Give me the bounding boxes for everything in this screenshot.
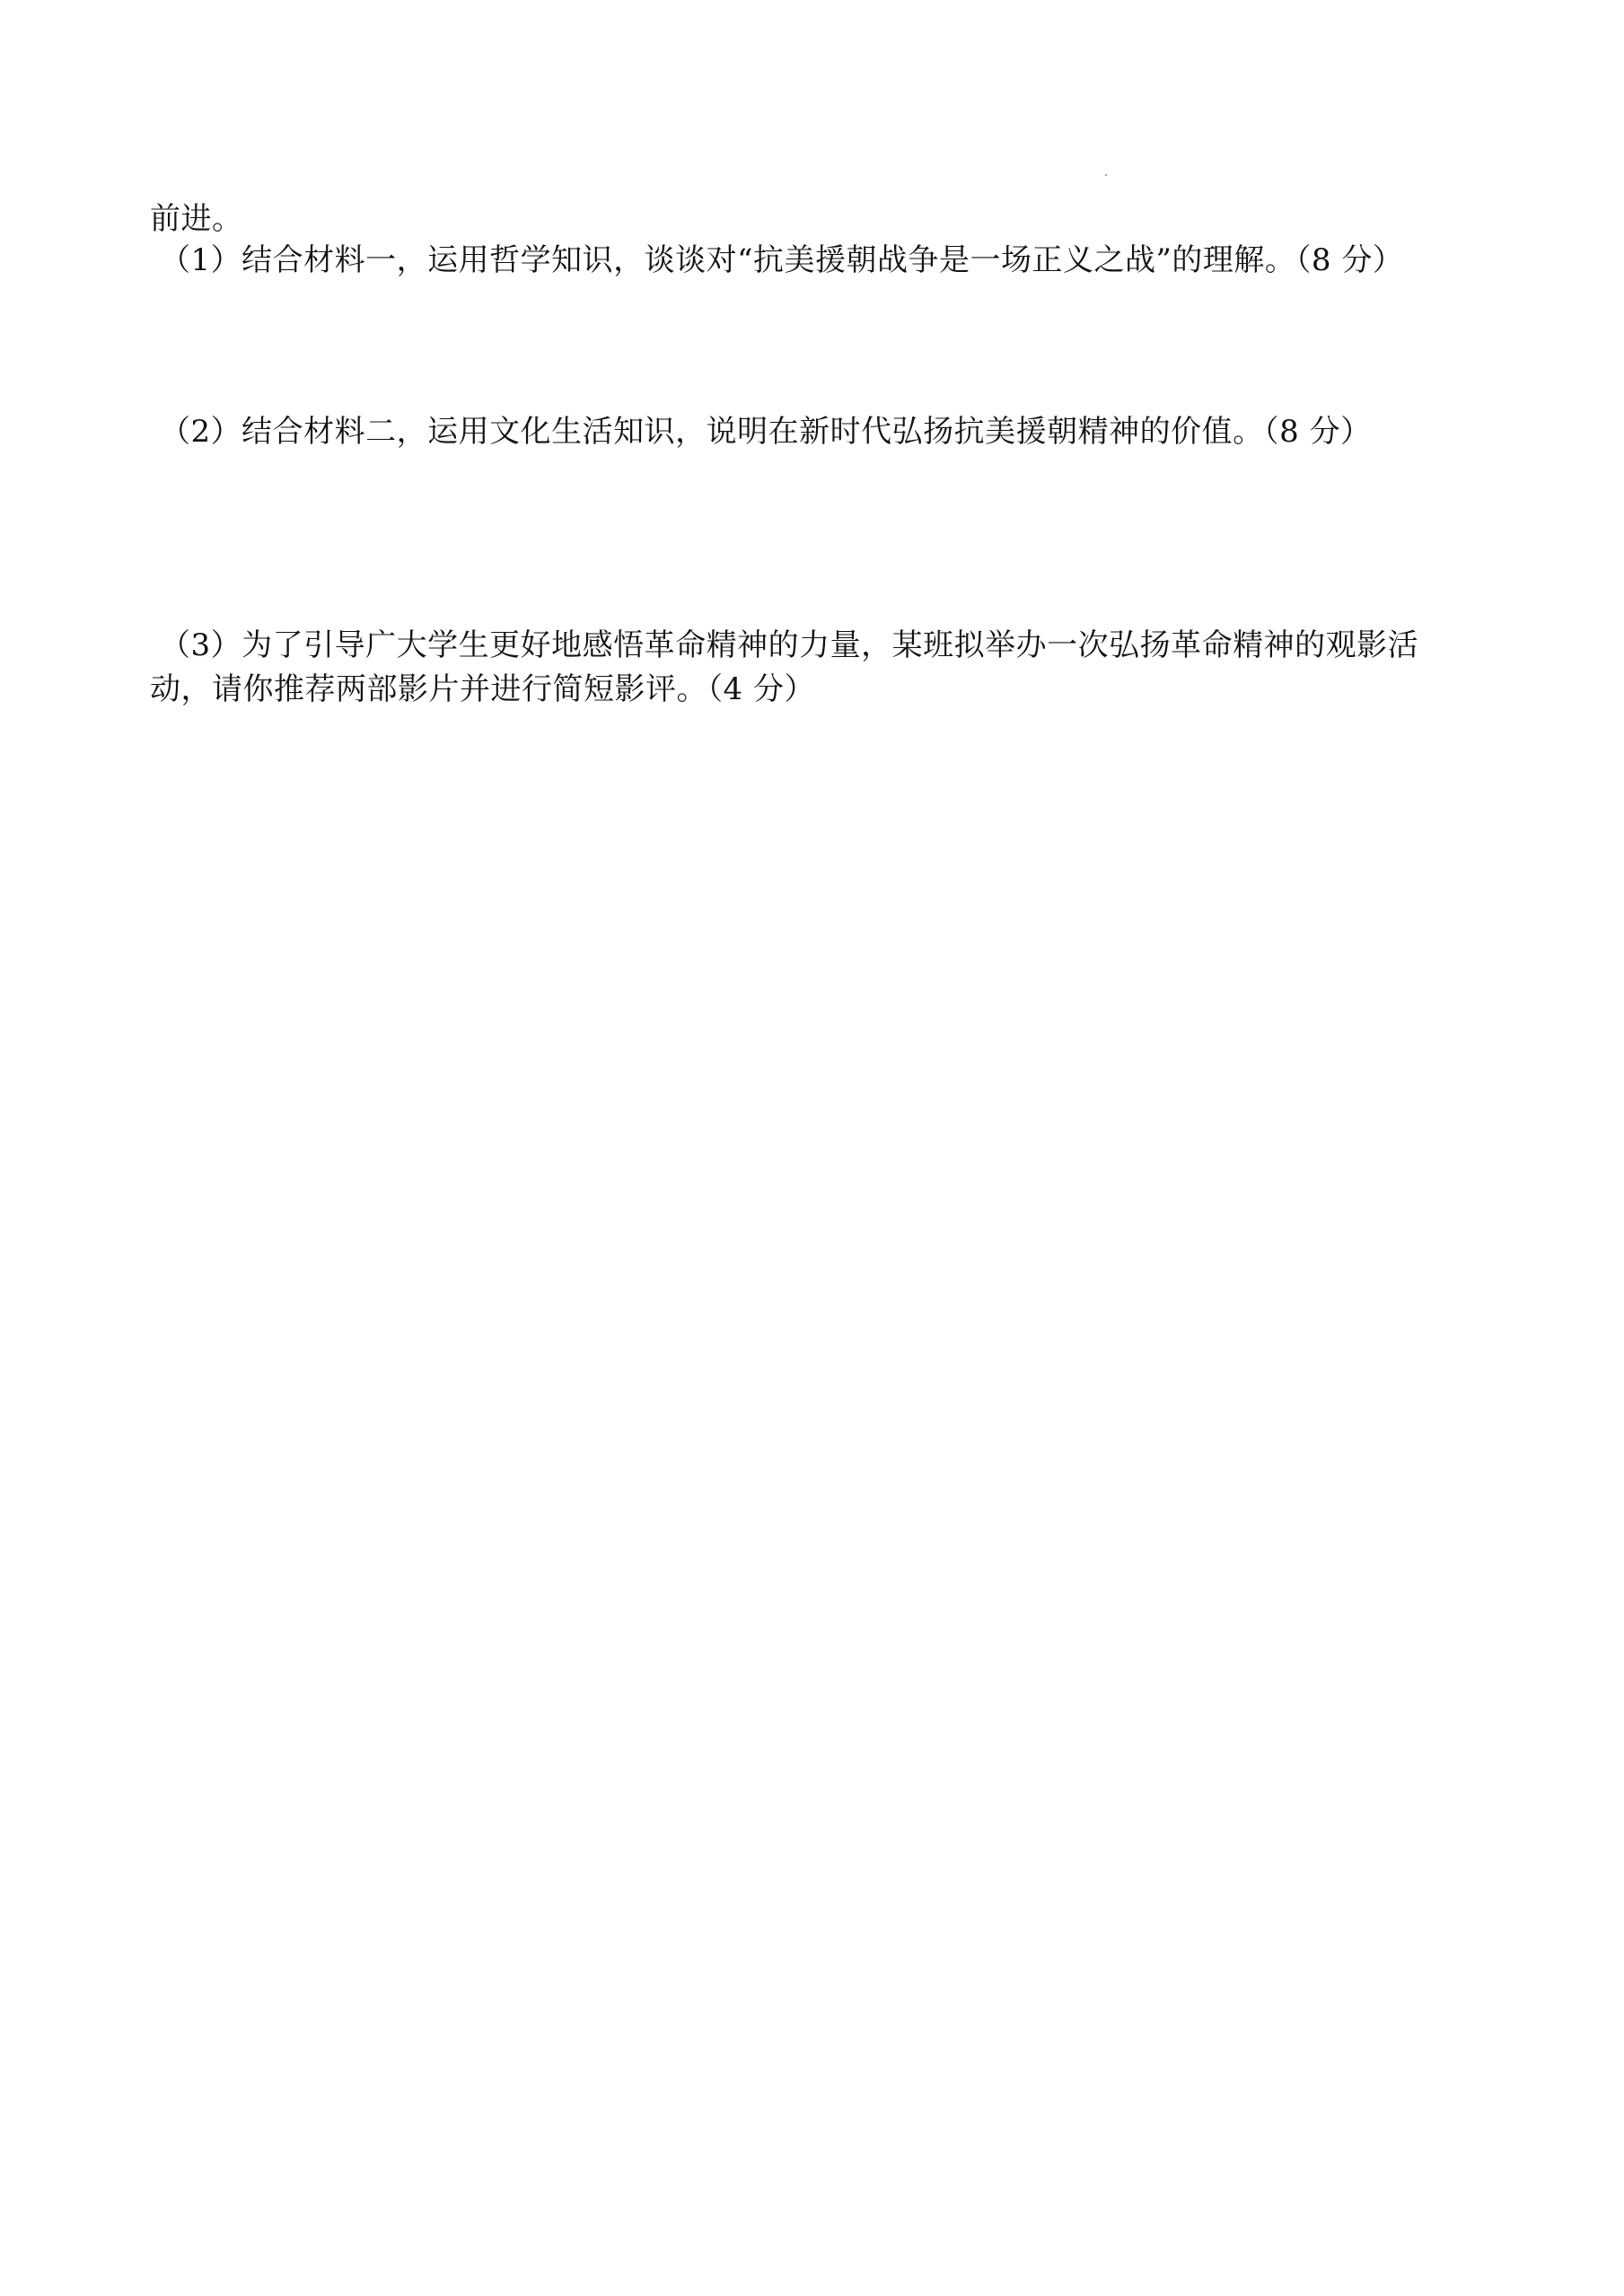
continuation-text: 前进。 — [150, 201, 243, 237]
question-3-number: （3） — [160, 627, 241, 663]
question-1-text: 结合材料一，运用哲学知识，谈谈对“抗美援朝战争是一场正义之战”的理解。 — [241, 242, 1295, 278]
question-1-number: （1） — [160, 242, 241, 278]
question-3-text-line-2: 动，请你推荐两部影片并进行简短影评。 — [150, 671, 707, 707]
question-2: （2）结合材料二，运用文化生活知识，说明在新时代弘扬抗美援朝精神的价值。（8 分… — [160, 414, 1372, 450]
question-3-line-1: （3）为了引导广大学生更好地感悟革命精神的力量，某班拟举办一次弘扬革命精神的观影… — [160, 627, 1418, 663]
question-3-line-2: 动，请你推荐两部影片并进行简短影评。（4 分） — [150, 671, 815, 707]
question-2-number: （2） — [160, 414, 241, 450]
question-1: （1）结合材料一，运用哲学知识，谈谈对“抗美援朝战争是一场正义之战”的理解。（8… — [160, 242, 1403, 278]
scan-artifact-dot — [1105, 174, 1107, 176]
question-3-points: （4 分） — [707, 671, 815, 707]
question-3-text-line-1: 为了引导广大学生更好地感悟革命精神的力量，某班拟举办一次弘扬革命精神的观影活 — [241, 627, 1418, 663]
question-1-points: （8 分） — [1295, 242, 1403, 278]
exam-page: 前进。 （1）结合材料一，运用哲学知识，谈谈对“抗美援朝战争是一场正义之战”的理… — [0, 0, 1624, 2296]
question-2-text: 结合材料二，运用文化生活知识，说明在新时代弘扬抗美援朝精神的价值。 — [241, 414, 1264, 450]
question-2-points: （8 分） — [1264, 414, 1372, 450]
continuation-text-content: 前进。 — [150, 201, 243, 237]
